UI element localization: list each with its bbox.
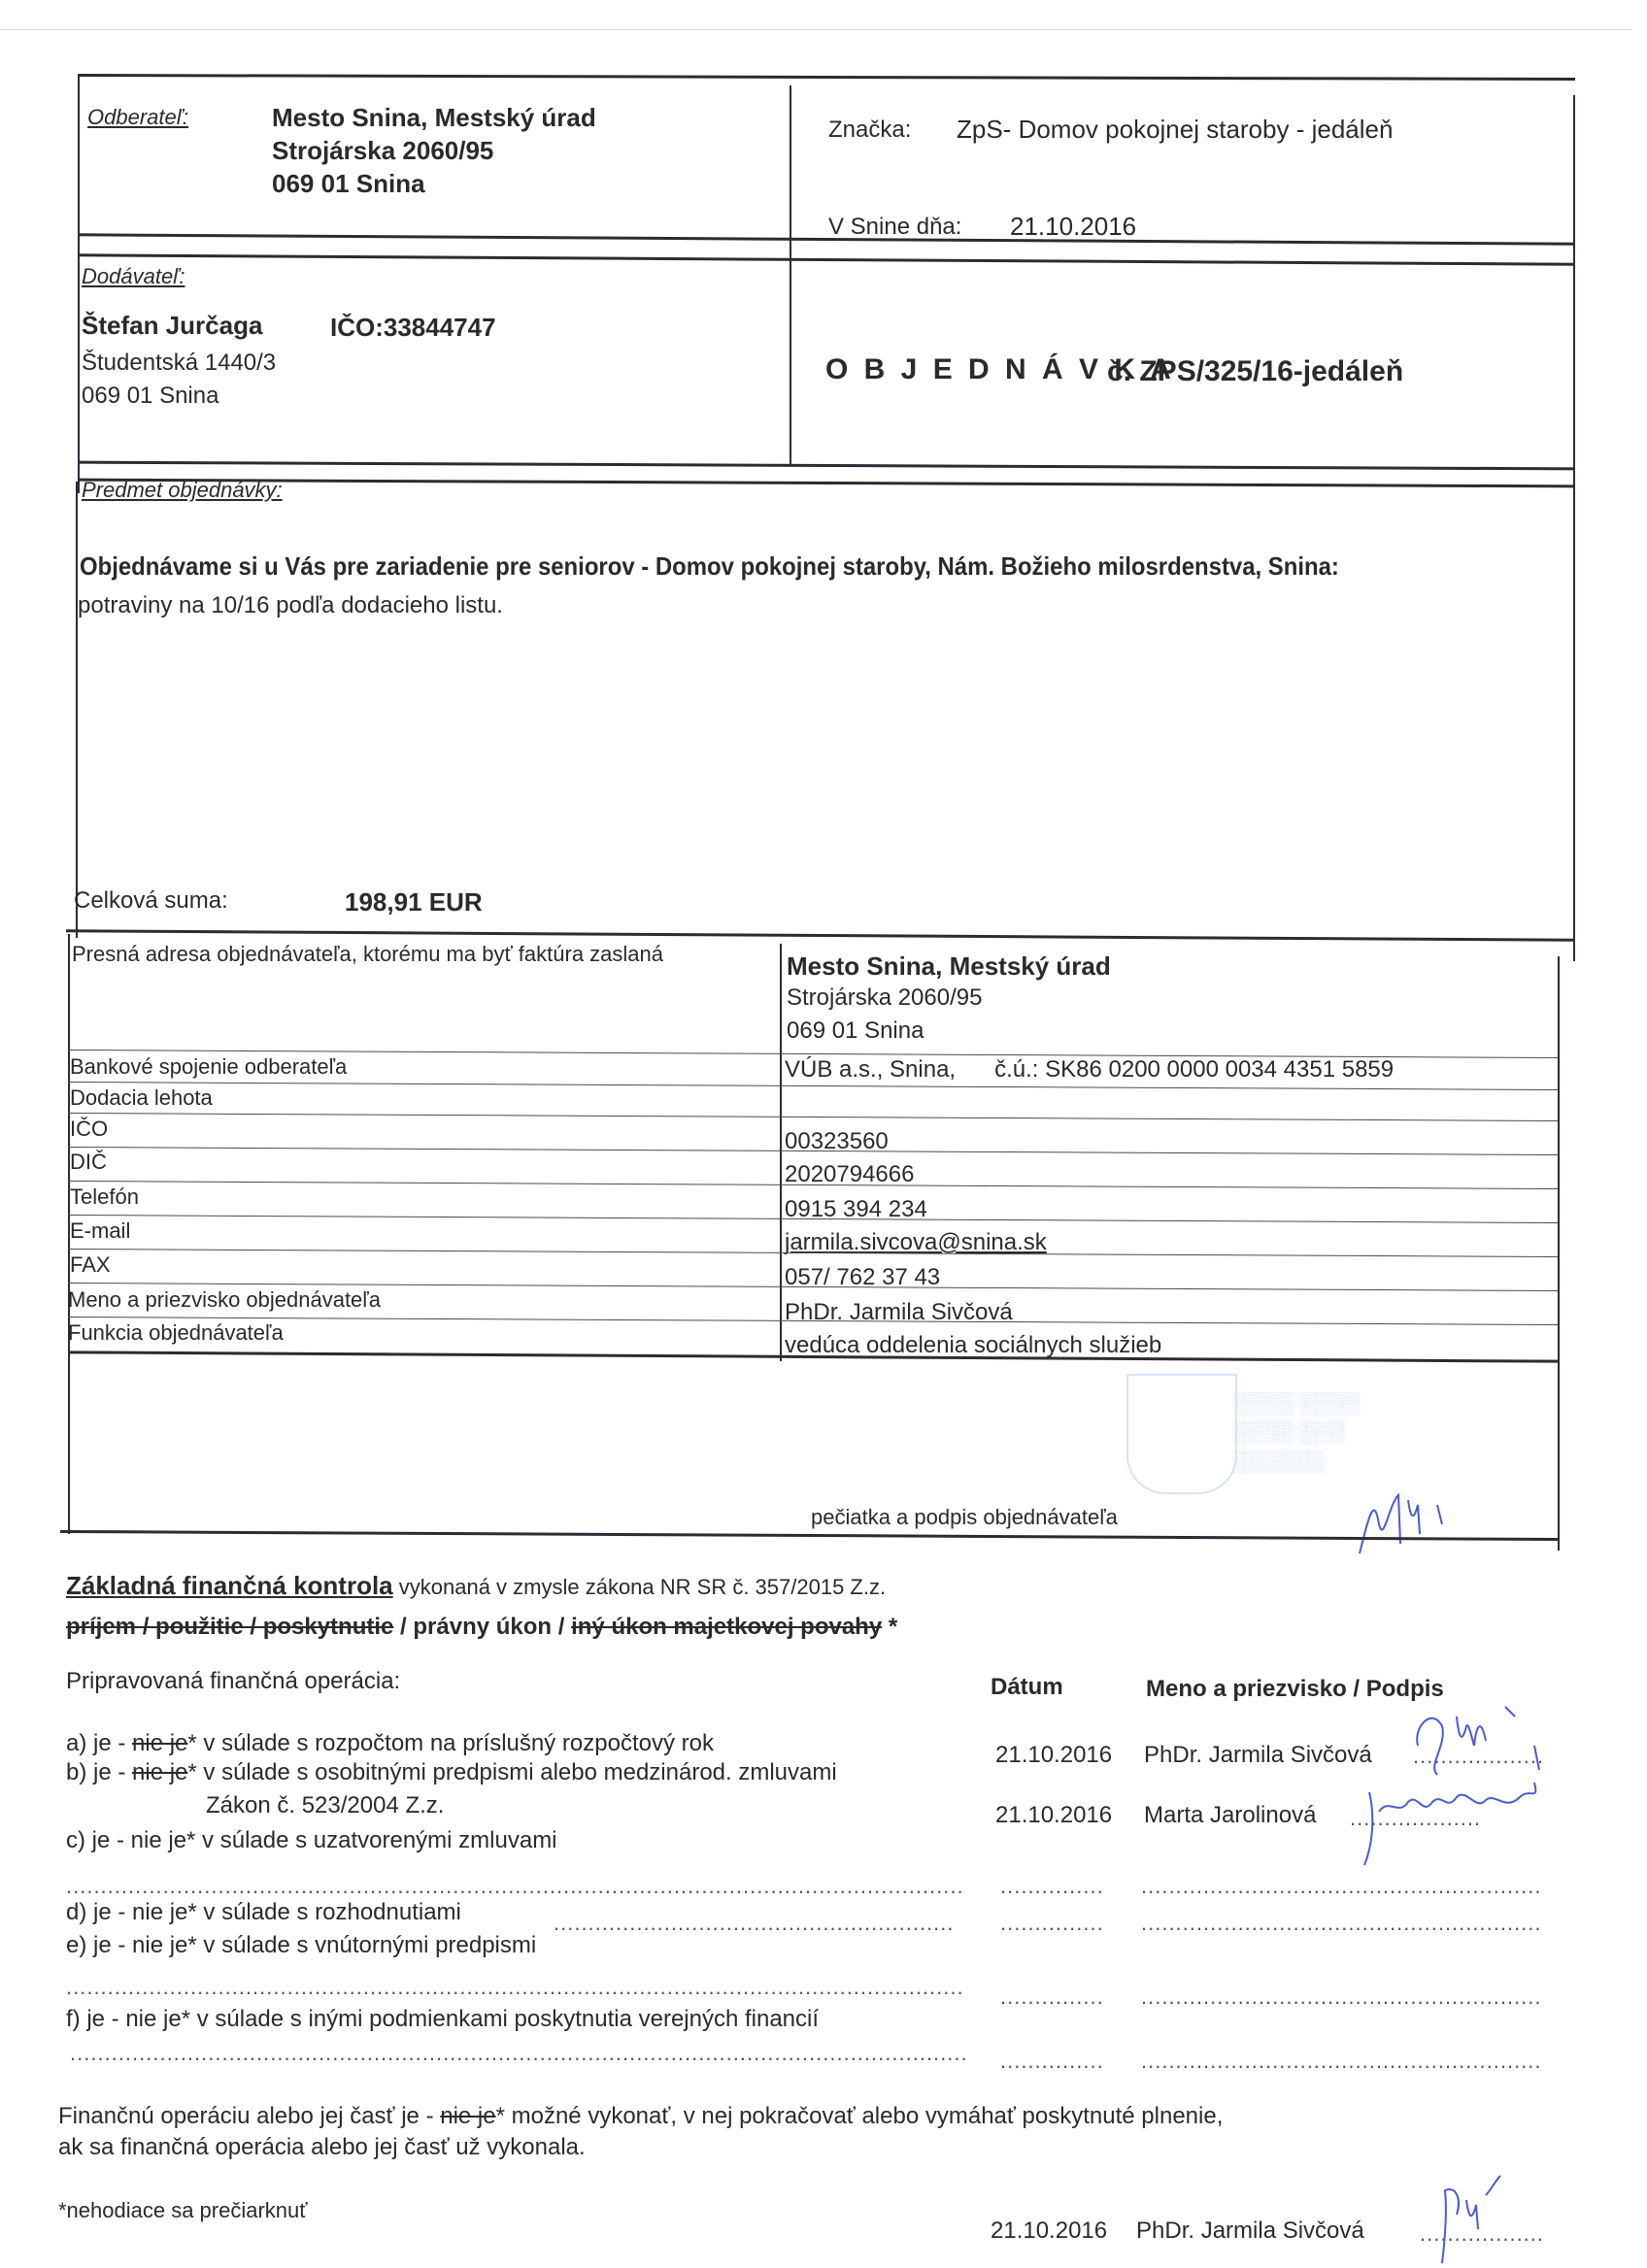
page-top-rule — [0, 29, 1631, 30]
box-top-border — [78, 74, 1575, 81]
signature-final — [1418, 2171, 1534, 2268]
control-type-kept: / právny úkon / — [393, 1614, 571, 1640]
final-struck: nie je — [440, 2103, 495, 2129]
subject-divider-1 — [78, 461, 1575, 471]
dotted-line: ........................................… — [1141, 1911, 1539, 1936]
item-struck: nie je — [132, 1759, 187, 1785]
subject-divider-2 — [78, 479, 1575, 488]
box-mid-divider — [790, 85, 791, 466]
row-label-bank: Bankové spojenie odberateľa — [70, 1054, 347, 1080]
subject-line-1: Objednávame si u Vás pre zariadenie pre … — [80, 551, 1339, 582]
control-type-struck-1: príjem / použitie / poskytnutie — [66, 1614, 393, 1640]
dotted-line: ........................................… — [66, 1975, 964, 2000]
customer-city: 069 01 Snina — [272, 169, 425, 199]
header-divider-1 — [78, 233, 1575, 245]
control-item-b: b) je - nie je* v súlade s osobitnými pr… — [66, 1759, 837, 1786]
date-value: 21.10.2016 — [1010, 212, 1136, 242]
control-title: Základná finančná kontrola — [66, 1571, 393, 1600]
item-prefix: d) je - nie je — [66, 1899, 187, 1925]
signature-2 — [1350, 1773, 1554, 1880]
dotted-line: ........................................… — [1141, 1874, 1539, 1899]
reference-label: Značka: — [828, 117, 911, 144]
subject-label: Predmet objednávky: — [82, 478, 283, 503]
signature-1 — [1398, 1697, 1563, 1784]
subject-right-border — [1573, 495, 1575, 961]
billing-right-border — [1558, 956, 1560, 1551]
reference-value: ZpS- Domov pokojnej staroby - jedáleň — [957, 115, 1393, 145]
signature-stamp-area — [1340, 1476, 1476, 1563]
control-item-c: c) je - nie je* v súlade s uzatvorenými … — [66, 1827, 557, 1854]
dotted-line: ............... — [1000, 2049, 1117, 2074]
row-label-email: E-mail — [70, 1218, 130, 1244]
dotted-line: ............... — [1000, 1984, 1117, 2010]
supplier-ico: IČO:33844747 — [330, 313, 496, 343]
footnote: *nehodiace sa prečiarknuť — [58, 2198, 308, 2223]
dotted-line: ........................................… — [70, 2041, 968, 2066]
supplier-street: Študentská 1440/3 — [82, 350, 276, 377]
control-item-f: f) je - nie je* v súlade s inými podmien… — [66, 2006, 819, 2033]
row-label-fax: FAX — [70, 1252, 111, 1278]
row-label-delivery: Dodacia lehota — [70, 1085, 213, 1111]
item-prefix: b) je - — [66, 1759, 132, 1785]
control-type-struck-2: iný úkon majetkovej povahy — [571, 1614, 882, 1640]
item-prefix: e) je - nie je — [66, 1932, 187, 1958]
item-text: * v súlade s rozpočtom na príslušný rozp… — [187, 1730, 714, 1756]
dotted-line: ............... — [1000, 1911, 1117, 1936]
row-label-name: Meno a priezvisko objednávateľa — [68, 1287, 381, 1313]
item-text: * v súlade s uzatvorenými zmluvami — [186, 1827, 556, 1853]
control-type-star: * — [882, 1614, 897, 1640]
row-label-dic: DIČ — [70, 1150, 107, 1175]
item-struck: nie je — [132, 1730, 187, 1756]
control-heading: Základná finančná kontrola vykonaná v zm… — [66, 1571, 886, 1601]
date-label: V Snine dňa: — [828, 214, 961, 241]
customer-label: Odberateľ: — [87, 105, 188, 130]
supplier-label: Dodávateľ: — [82, 264, 185, 289]
billing-col-divider — [780, 944, 782, 1361]
item-text: * v súlade s osobitnými predpismi alebo … — [187, 1759, 836, 1785]
subject-left-border — [76, 482, 78, 938]
control-item-a: a) je - nie je* v súlade s rozpočtom na … — [66, 1730, 714, 1757]
dotted-line: ............... — [1000, 1874, 1117, 1899]
customer-street: Strojárska 2060/95 — [272, 136, 493, 166]
dotted-line: ........................................… — [66, 1874, 964, 1899]
stamp-box-bottom-border — [60, 1530, 1558, 1541]
control-item-e: e) je - nie je* v súlade s vnútornými pr… — [66, 1932, 536, 1959]
billing-address-street: Strojárska 2060/95 — [787, 984, 982, 1012]
stamp-signature-label: pečiatka a podpis objednávateľa — [811, 1505, 1118, 1530]
final-post: * možné vykonať, v nej pokračovať alebo … — [496, 2103, 1224, 2129]
signer-2-date: 21.10.2016 — [995, 1802, 1112, 1829]
final-statement-line-1: Finančnú operáciu alebo jej časť je - ni… — [58, 2103, 1223, 2130]
column-date-header: Dátum — [991, 1674, 1063, 1701]
item-text: * v súlade s inými podmienkami poskytnut… — [182, 2006, 819, 2032]
row-value-bank: VÚB a.s., Snina, č.ú.: SK86 0200 0000 00… — [785, 1056, 1394, 1084]
item-prefix: f) je - nie je — [66, 2006, 182, 2032]
control-type-line: príjem / použitie / poskytnutie / právny… — [66, 1614, 897, 1641]
final-signer-name: PhDr. Jarmila Sivčová — [1136, 2218, 1364, 2245]
item-text: * v súlade s rozhodnutiami — [187, 1899, 460, 1925]
dotted-line: ........................................… — [554, 1911, 964, 1936]
row-line — [68, 1113, 1558, 1121]
dotted-line: ........................................… — [1141, 1984, 1539, 2010]
control-item-b-law: Zákon č. 523/2004 Z.z. — [206, 1792, 444, 1819]
total-label: Celková suma: — [74, 887, 228, 915]
item-text: * v súlade s vnútornými predpismi — [187, 1932, 536, 1958]
control-title-suffix: vykonaná v zmysle zákona NR SR č. 357/20… — [393, 1575, 886, 1599]
control-item-d: d) je - nie je* v súlade s rozhodnutiami — [66, 1899, 461, 1926]
dotted-line: ........................................… — [1141, 2049, 1539, 2074]
final-pre: Finančnú operáciu alebo jej časť je - — [58, 2103, 440, 2129]
final-statement-line-2: ak sa finančná operácia alebo jej časť u… — [58, 2134, 586, 2161]
header-divider-2 — [78, 253, 1575, 265]
signer-1-date: 21.10.2016 — [995, 1742, 1112, 1769]
total-value: 198,91 EUR — [345, 887, 483, 917]
billing-address-label: Presná adresa objednávateľa, ktorému ma … — [72, 942, 663, 967]
customer-name: Mesto Snina, Mestský úrad — [272, 103, 596, 133]
order-number: č. ZPS/325/16-jedáleň — [1107, 355, 1403, 388]
signer-1-name: PhDr. Jarmila Sivčová — [1144, 1742, 1372, 1769]
billing-address-city: 069 01 Snina — [787, 1017, 924, 1045]
operation-label: Pripravovaná finančná operácia: — [66, 1668, 400, 1695]
box-right-border — [1573, 95, 1575, 495]
row-label-ico: IČO — [70, 1117, 108, 1142]
official-stamp — [1126, 1374, 1237, 1494]
item-prefix: a) je - — [66, 1730, 132, 1756]
signer-2-name: Marta Jarolinová — [1144, 1802, 1316, 1829]
item-prefix: c) je - nie je — [66, 1827, 186, 1853]
box-left-border — [78, 76, 80, 493]
billing-top-border — [66, 929, 1573, 941]
row-label-phone: Telefón — [70, 1184, 139, 1210]
supplier-city: 069 01 Snina — [82, 383, 218, 410]
subject-line-2: potraviny na 10/16 podľa dodacieho listu… — [78, 592, 503, 619]
row-label-function: Funkcia objednávateľa — [68, 1320, 284, 1346]
supplier-name: Štefan Jurčaga — [82, 311, 262, 341]
final-signer-date: 21.10.2016 — [991, 2218, 1107, 2245]
billing-address-name: Mesto Snina, Mestský úrad — [787, 951, 1111, 982]
